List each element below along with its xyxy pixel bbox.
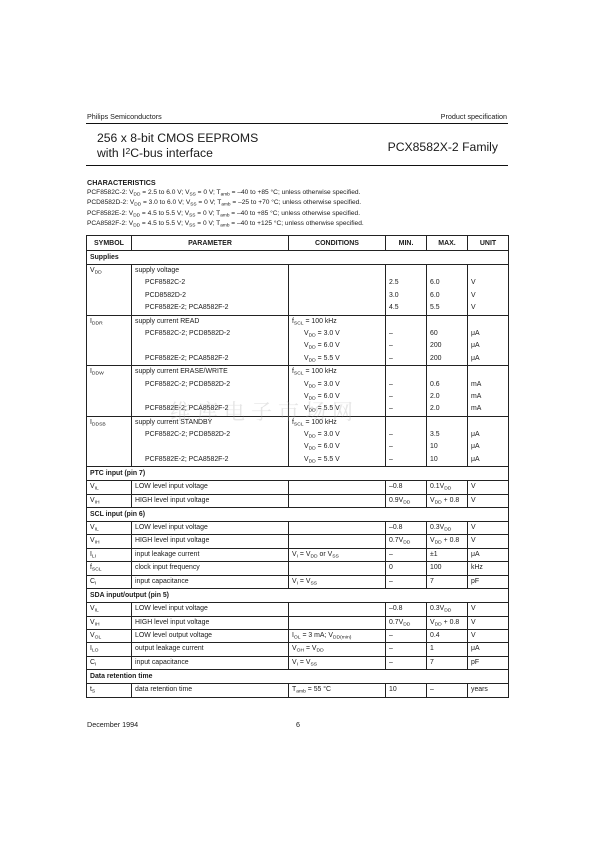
section-title: CHARACTERISTICS: [87, 178, 156, 187]
table-row-sda-ci: CIinput capacitance VI = VSS –7pF: [87, 656, 509, 669]
table-row-sda-vol: VOLLOW level output voltage IOL = 3 mA; …: [87, 629, 509, 642]
table-row-scl-ili: ILIinput leakage current VI = VDD or VSS…: [87, 548, 509, 561]
parameter-cell: supply current STANDBYPCF8582C-2; PCD858…: [132, 416, 289, 467]
col-min: MIN.: [386, 236, 427, 251]
col-unit: UNIT: [468, 236, 509, 251]
header-rule: [86, 123, 508, 124]
symbol-cell: IDDR: [87, 315, 132, 366]
table-row-sda-ilo: ILOoutput leakage current VOH = VDD –1μA: [87, 643, 509, 656]
conditions-cell: fSCL = 100 kHzVDD = 3.0 VVDD = 6.0 VVDD …: [289, 366, 386, 417]
table-row-scl-ci: CIinput capacitance VI = VSS –7pF: [87, 575, 509, 588]
symbol-cell: IDDW: [87, 366, 132, 417]
min-cell: –––: [386, 366, 427, 417]
max-cell: 0.62.02.0: [427, 366, 468, 417]
table-row-retention: tSdata retention time Tamb = 55 °C 10–ye…: [87, 684, 509, 697]
table-row-scl-vil: VILLOW level input voltage –0.8 0.3VDD V: [87, 522, 509, 535]
conditions-cell: fSCL = 100 kHzVDD = 3.0 VVDD = 6.0 VVDD …: [289, 315, 386, 366]
symbol-cell: VDD: [87, 265, 132, 316]
company-name: Philips Semiconductors: [87, 112, 162, 121]
section-row-retention: Data retention time: [87, 670, 509, 684]
table-row-ptc-vil: VILLOW level input voltage –0.8 0.1VDD V: [87, 481, 509, 494]
table-row-scl-vih: VIHHIGH level input voltage 0.7VDD VDD +…: [87, 535, 509, 548]
title-rule: [86, 165, 508, 166]
table-row-ddw: IDDWsupply current ERASE/WRITEPCF8582C-2…: [87, 366, 509, 417]
col-max: MAX.: [427, 236, 468, 251]
section-row-sda: SDA input/output (pin 5): [87, 589, 509, 603]
document-type: Product specification: [441, 112, 507, 121]
unit-cell: μAμAμA: [468, 315, 509, 366]
table-row-ddsb: IDDSBsupply current STANDBYPCF8582C-2; P…: [87, 416, 509, 467]
unit-cell: VVV: [468, 265, 509, 316]
min-cell: 2.53.04.5: [386, 265, 427, 316]
product-family: PCX8582X-2 Family: [388, 140, 498, 154]
unit-cell: mAmAmA: [468, 366, 509, 417]
min-cell: –––: [386, 416, 427, 467]
min-cell: –––: [386, 315, 427, 366]
table-row-vdd: VDD supply voltage PCF8582C-2 PCD8582D-2…: [87, 265, 509, 316]
section-row-scl: SCL input (pin 6): [87, 508, 509, 522]
col-parameter: PARAMETER: [132, 236, 289, 251]
section-row-ptc: PTC input (pin 7): [87, 467, 509, 481]
conditions-cell: [289, 265, 386, 316]
table-row-scl-fscl: fSCLclock input frequency 0100kHz: [87, 562, 509, 575]
col-symbol: SYMBOL: [87, 236, 132, 251]
unit-cell: μAμAμA: [468, 416, 509, 467]
characteristics-conditions: PCF8582C-2: VDD = 2.5 to 6.0 V; VSS = 0 …: [87, 188, 364, 230]
table-header-row: SYMBOL PARAMETER CONDITIONS MIN. MAX. UN…: [87, 236, 509, 251]
characteristics-table: SYMBOL PARAMETER CONDITIONS MIN. MAX. UN…: [86, 235, 509, 698]
page-number: 6: [296, 720, 300, 729]
document-title: 256 x 8-bit CMOS EEPROMS with I2C-bus in…: [97, 131, 258, 161]
parameter-cell: supply current READPCF8582C-2; PCD8582D-…: [132, 315, 289, 366]
col-conditions: CONDITIONS: [289, 236, 386, 251]
symbol-cell: IDDSB: [87, 416, 132, 467]
parameter-cell: supply current ERASE/WRITEPCF8582C-2; PC…: [132, 366, 289, 417]
condition-line: PCF8582C-2: VDD = 2.5 to 6.0 V; VSS = 0 …: [87, 188, 364, 198]
conditions-cell: fSCL = 100 kHzVDD = 3.0 VVDD = 6.0 VVDD …: [289, 416, 386, 467]
footer-date: December 1994: [87, 720, 138, 729]
table-row-sda-vil: VILLOW level input voltage –0.8 0.3VDD V: [87, 603, 509, 616]
table-row-ptc-vih: VIHHIGH level input voltage 0.9VDD VDD +…: [87, 494, 509, 507]
table-row-sda-vih: VIHHIGH level input voltage 0.7VDD VDD +…: [87, 616, 509, 629]
max-cell: 6.06.05.5: [427, 265, 468, 316]
section-row-supplies: Supplies: [87, 251, 509, 265]
condition-line: PCD8582D-2: VDD = 3.0 to 6.0 V; VSS = 0 …: [87, 198, 364, 208]
condition-line: PCF8582E-2: VDD = 4.5 to 5.5 V; VSS = 0 …: [87, 209, 364, 219]
table-row-ddr: IDDRsupply current READPCF8582C-2; PCD85…: [87, 315, 509, 366]
max-cell: 3.51010: [427, 416, 468, 467]
parameter-cell: supply voltage PCF8582C-2 PCD8582D-2 PCF…: [132, 265, 289, 316]
condition-line: PCA8582F-2: VDD = 4.5 to 5.5 V; VSS = 0 …: [87, 219, 364, 229]
max-cell: 60200200: [427, 315, 468, 366]
